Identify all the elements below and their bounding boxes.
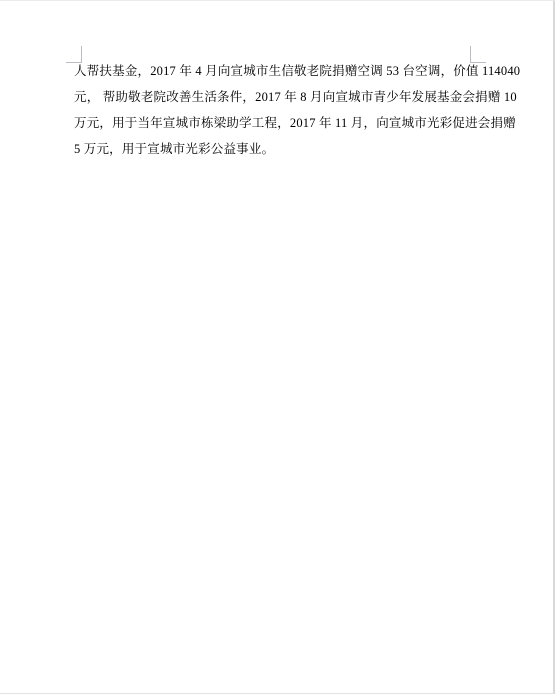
body-text: 人帮扶基金，2017 年 4 月向宣城市生信敬老院捐赠空调 53 台空调，价值 … xyxy=(74,58,474,162)
text-line: 5 万元，用于宣城市光彩公益事业。 xyxy=(74,136,474,162)
document-page: 人帮扶基金，2017 年 4 月向宣城市生信敬老院捐赠空调 53 台空调，价值 … xyxy=(0,0,555,694)
text-line: 万元，用于当年宣城市栋梁助学工程，2017 年 11 月，向宣城市光彩促进会捐赠 xyxy=(74,110,474,136)
text-line: 元， 帮助敬老院改善生活条件，2017 年 8 月向宣城市青少年发展基金会捐赠 … xyxy=(74,84,474,110)
text-line: 人帮扶基金，2017 年 4 月向宣城市生信敬老院捐赠空调 53 台空调，价值 … xyxy=(74,58,474,84)
